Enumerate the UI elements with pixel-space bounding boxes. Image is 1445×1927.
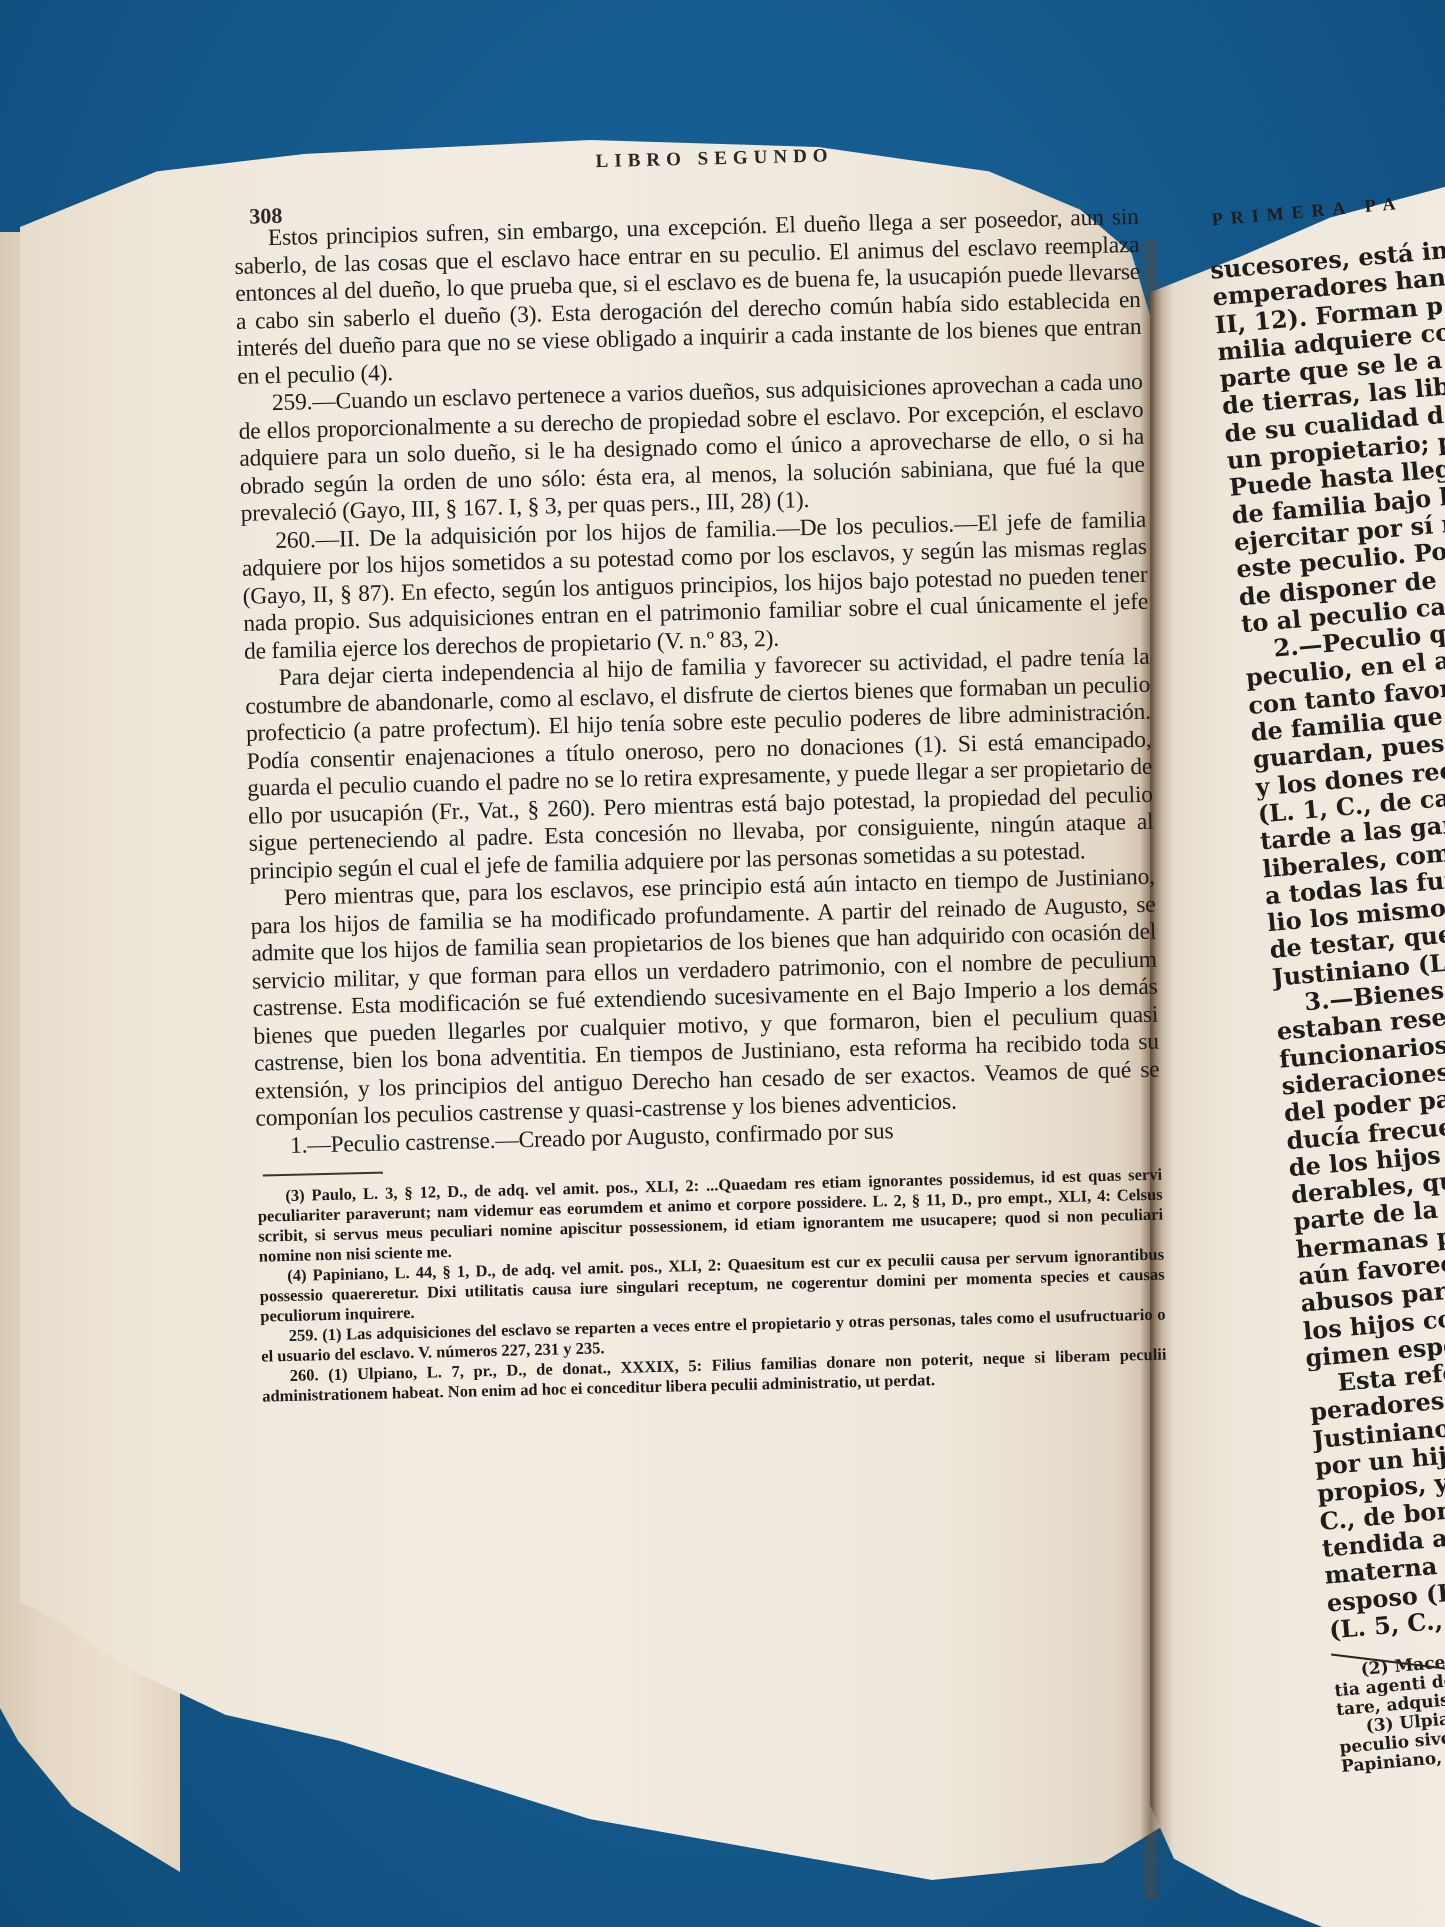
paragraph: 259.—Cuando un esclavo pertenece a vario… <box>238 369 1146 529</box>
left-page-content: LIBRO SEGUNDO 308 Estos principios sufre… <box>232 138 1167 1407</box>
paragraph: Para dejar cierta independencia al hijo … <box>244 644 1154 886</box>
paragraph: Pero mientras que, para los esclavos, es… <box>250 864 1161 1134</box>
body-text: Estos principios sufren, sin embargo, un… <box>234 204 1162 1161</box>
footnotes: (3) Paulo, L. 3, § 12, D., de adq. vel a… <box>257 1165 1167 1407</box>
paragraph: Estos principios sufren, sin embargo, un… <box>234 204 1143 391</box>
paragraph: 260.—II. De la adquisición por los hijos… <box>241 506 1149 666</box>
footnote-rule <box>263 1172 383 1177</box>
